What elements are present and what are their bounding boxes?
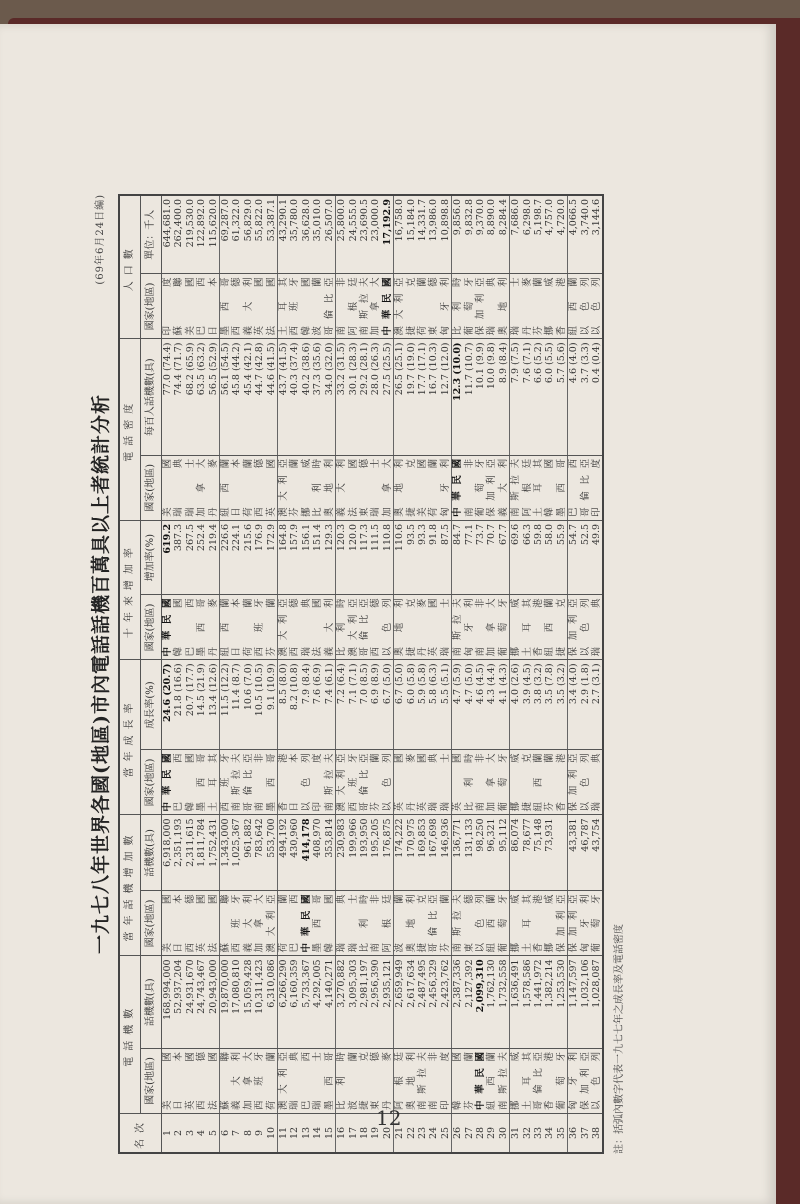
table-row: 31挪威1,636,491挪威86,074挪威4.0 (2.6)挪威69.6南斯… xyxy=(510,195,522,1153)
country-cell: 東德 xyxy=(370,1049,381,1114)
table-row: 17波蘭3,095,303瑞士199,966西班牙7.1 (7.1)澳大利亞12… xyxy=(348,195,359,1153)
value-cell: 26,507.0 xyxy=(324,195,336,274)
rank-cell: 30 xyxy=(498,1114,510,1154)
value-cell: 24,555.0 xyxy=(348,195,359,274)
country-cell: 英國 xyxy=(452,750,464,815)
country-cell: 捷克 xyxy=(406,595,417,660)
table-row: 38以色列1,028,087葡萄牙43,754瑞典2.7 (3.1)瑞典49.9… xyxy=(591,195,603,1153)
value-cell: 6,918,000 xyxy=(162,815,174,891)
value-cell: 1,762,130 xyxy=(486,956,497,1049)
country-cell: 中華民國 xyxy=(162,750,174,815)
country-cell: 日本 xyxy=(208,274,220,339)
country-cell: 香港 xyxy=(556,274,568,339)
value-cell: 3.5 (7.8) xyxy=(544,660,555,750)
country-cell: 巴西 xyxy=(289,891,300,956)
country-cell: 南非 xyxy=(370,891,381,956)
country-cell: 美國 xyxy=(185,274,196,339)
value-cell: 68.2 (65.9) xyxy=(185,339,196,455)
section-header: 當年話機增加數 xyxy=(119,815,141,956)
population-header: 單位：千人 xyxy=(141,195,162,274)
country-cell: 比利時 xyxy=(312,455,323,520)
value-cell: 10,898.8 xyxy=(440,195,452,274)
country-cell: 瑞士 xyxy=(440,595,452,660)
value-cell: 10.1 (9.9) xyxy=(475,339,486,455)
country-cell: 挪威 xyxy=(510,750,522,815)
value-cell: 10.5 (10.5) xyxy=(254,660,265,750)
value-cell: 17.7 (17.1) xyxy=(417,339,428,455)
country-cell: 芬蘭 xyxy=(464,1049,475,1114)
country-cell: 紐西蘭 xyxy=(220,455,232,520)
value-cell: 1,752,431 xyxy=(208,815,220,891)
country-cell: 蘇聯 xyxy=(220,1049,232,1114)
country-cell: 芬蘭 xyxy=(533,274,544,339)
value-cell: 6,266,290 xyxy=(278,956,290,1049)
value-cell: 74.4 (71.7) xyxy=(173,339,184,455)
value-cell: 2,311,615 xyxy=(185,815,196,891)
value-cell: 4,140,271 xyxy=(324,956,336,1049)
country-cell: 阿根廷 xyxy=(348,274,359,339)
country-cell: 波蘭 xyxy=(348,1049,359,1114)
value-cell: 4,720.0 xyxy=(556,195,568,274)
country-cell: 澳大利亞 xyxy=(266,891,278,956)
value-cell: 7.6 (6.9) xyxy=(312,660,323,750)
rank-cell: 16 xyxy=(336,1114,348,1154)
country-cell: 以色列 xyxy=(580,274,591,339)
value-cell: 2.7 (3.1) xyxy=(591,660,603,750)
value-cell: 4,066.5 xyxy=(568,195,580,274)
country-cell: 挪威 xyxy=(301,455,312,520)
value-cell xyxy=(556,815,568,891)
country-cell: 以色列 xyxy=(580,595,591,660)
country-header: 國家(地區) xyxy=(141,1049,162,1114)
section-header: 電話機數 xyxy=(119,956,141,1114)
country-cell: 哥倫比亞 xyxy=(533,1049,544,1114)
country-cell: 日本 xyxy=(231,455,242,520)
country-cell: 印度 xyxy=(162,274,174,339)
value-cell: 73.7 xyxy=(475,520,486,595)
country-cell: 西德 xyxy=(370,595,381,660)
value-cell: 46,787 xyxy=(580,815,591,891)
country-cell: 澳大利亞 xyxy=(394,274,406,339)
country-cell: 日本 xyxy=(173,891,184,956)
country-cell: 芬蘭 xyxy=(266,595,278,660)
value-cell: 14.5 (21.9) xyxy=(196,660,207,750)
country-cell: 西班牙 xyxy=(348,750,359,815)
country-cell: 西班牙 xyxy=(220,750,232,815)
value-cell: 61,322.0 xyxy=(231,195,242,274)
country-cell: 挪威 xyxy=(544,891,555,956)
country-cell: 波蘭 xyxy=(312,274,323,339)
country-cell: 西德 xyxy=(254,455,265,520)
value-cell: 224.1 xyxy=(231,520,242,595)
country-cell: 南斯拉夫 xyxy=(452,595,464,660)
value-cell: 25,800.0 xyxy=(336,195,348,274)
value-cell: 6,298.0 xyxy=(522,195,533,274)
country-cell: 墨西哥 xyxy=(266,750,278,815)
country-cell: 挪威 xyxy=(510,595,522,660)
table-row: 6蘇聯19,870,000蘇聯1,343,000西班牙11.5 (12.2)紐西… xyxy=(220,195,232,1153)
value-cell: 110.6 xyxy=(394,520,406,595)
country-cell: 南非 xyxy=(254,750,265,815)
country-cell: 芬蘭 xyxy=(370,750,381,815)
country-cell: 西德 xyxy=(185,891,196,956)
value-cell: 93.3 xyxy=(417,520,428,595)
value-cell: 9,370.0 xyxy=(475,195,486,274)
country-cell: 保加利亞 xyxy=(475,274,486,339)
country-cell: 東德 xyxy=(359,455,370,520)
rank-cell: 29 xyxy=(486,1114,497,1154)
country-cell: 以色列 xyxy=(475,891,486,956)
country-cell: 澳大利亞 xyxy=(348,595,359,660)
value-cell: 2,423,762 xyxy=(440,956,452,1049)
value-cell: 28.0 (26.3) xyxy=(370,339,381,455)
value-cell: 73,931 xyxy=(544,815,555,891)
country-cell: 西德 xyxy=(231,274,242,339)
value-cell: 4,757.0 xyxy=(544,195,555,274)
country-cell: 中華民國 xyxy=(162,595,174,660)
value-cell: 21.8 (16.6) xyxy=(173,660,184,750)
value-cell: 23,690.5 xyxy=(359,195,370,274)
country-cell: 土耳其 xyxy=(522,595,533,660)
value-cell: 56.5 (52.9) xyxy=(208,339,220,455)
value-cell: 783,642 xyxy=(254,815,265,891)
country-cell: 英國 xyxy=(266,455,278,520)
table-row: 32土耳其1,578,586土耳其78,677捷克3.9 (4.5)土耳其66.… xyxy=(522,195,533,1153)
country-cell: 瑞士 xyxy=(312,1049,323,1114)
value-cell: 7.6 (7.1) xyxy=(522,339,533,455)
country-cell: 印度 xyxy=(440,1049,452,1114)
table-row: 14瑞士4,292,005墨西哥408,970印度7.6 (6.9)法國151.… xyxy=(312,195,323,1153)
value-cell: 9,832.8 xyxy=(464,195,475,274)
value-cell: 6.7 (5.0) xyxy=(394,660,406,750)
value-cell: 2,981,197 xyxy=(359,956,370,1049)
country-cell: 捷克 xyxy=(556,595,568,660)
country-cell: 加拿大 xyxy=(196,455,207,520)
value-cell: 6,160,359 xyxy=(289,956,300,1049)
value-cell: 120.3 xyxy=(336,520,348,595)
value-cell: 494,192 xyxy=(278,815,290,891)
value-cell: 193,950 xyxy=(359,815,370,891)
value-cell: 387.3 xyxy=(173,520,184,595)
country-cell: 中華民國 xyxy=(475,1049,486,1114)
increase-header: 話機數(具) xyxy=(141,815,162,891)
country-cell: 奧地利 xyxy=(498,274,510,339)
value-cell: 11.5 (12.2) xyxy=(220,660,232,750)
value-cell: 267.5 xyxy=(185,520,196,595)
value-cell: 174,222 xyxy=(394,815,406,891)
country-cell: 西德 xyxy=(289,595,300,660)
statistics-table: 名次 電話機數 當年話機增加數 當年成長率 十年來增加率 電話密度 人口數 國家… xyxy=(118,194,604,1154)
country-cell: 美國 xyxy=(417,455,428,520)
value-cell: 55,822.0 xyxy=(254,195,265,274)
country-cell: 西德 xyxy=(196,1049,207,1114)
rank-cell: 36 xyxy=(568,1114,580,1154)
value-cell: 12.3 (10.0) xyxy=(452,339,464,455)
table-row: 12瑞典6,160,359巴西430,960日本8.2 (10.8)西德157.… xyxy=(289,195,300,1153)
value-cell: 24.6 (20.7) xyxy=(162,660,174,750)
table-row: 1美國168,994,000美國6,918,000中華民國24.6 (20.7)… xyxy=(162,195,174,1153)
value-cell: 8.9 (8.4) xyxy=(498,339,510,455)
country-cell: 中華民國 xyxy=(301,891,312,956)
value-cell: 59.8 xyxy=(533,520,544,595)
value-cell: 7.2 (6.4) xyxy=(336,660,348,750)
value-cell: 8,284.4 xyxy=(498,195,510,274)
value-cell: 176,875 xyxy=(382,815,394,891)
value-cell: 6.9 (8.9) xyxy=(370,660,381,750)
value-cell: 157.9 xyxy=(289,520,300,595)
table-row: 9西班牙10,311,423加拿大783,642南非10.5 (10.5)西班牙… xyxy=(254,195,265,1153)
rank-cell: 3 xyxy=(185,1114,196,1154)
country-cell: 美國 xyxy=(162,1049,174,1114)
country-cell: 瑞典 xyxy=(486,274,497,339)
value-cell: 2,487,495 xyxy=(417,956,428,1049)
country-cell: 南非 xyxy=(428,1049,439,1114)
rank-header: 名次 xyxy=(119,1114,162,1154)
value-cell: 20.7 (17.7) xyxy=(185,660,196,750)
country-cell: 哥倫比亞 xyxy=(243,750,254,815)
country-cell: 澳大利亞 xyxy=(336,750,348,815)
table-row: 35葡萄牙1,253,530保加利亞香港3.5 (3.2)捷克55.9墨西哥5.… xyxy=(556,195,568,1153)
rank-cell: 11 xyxy=(278,1114,290,1154)
value-cell: 44.7 (42.8) xyxy=(254,339,265,455)
value-cell: 52.5 xyxy=(580,520,591,595)
country-cell: 比利時 xyxy=(336,595,348,660)
rank-cell: 26 xyxy=(452,1114,464,1154)
rank-cell: 25 xyxy=(440,1114,452,1154)
country-cell: 英國 xyxy=(254,274,265,339)
country-cell: 匈牙利 xyxy=(464,595,475,660)
country-cell: 丹麥 xyxy=(406,750,417,815)
country-cell: 荷蘭 xyxy=(278,891,290,956)
value-cell: 110.8 xyxy=(382,520,394,595)
country-cell: 加拿大 xyxy=(370,274,381,339)
country-cell: 法國 xyxy=(312,595,323,660)
value-cell: 5.5 (5.1) xyxy=(440,660,452,750)
value-cell: 67.7 xyxy=(498,520,510,595)
value-cell: 120.0 xyxy=(348,520,359,595)
value-cell: 1,253,530 xyxy=(556,956,568,1049)
country-cell: 澳大利亞 xyxy=(278,455,290,520)
value-cell: 7.0 (8.5) xyxy=(359,660,370,750)
rank-cell: 27 xyxy=(464,1114,475,1154)
rank-cell: 23 xyxy=(417,1114,428,1154)
value-cell: 96,321 xyxy=(486,815,497,891)
country-cell: 加拿大 xyxy=(243,1049,254,1114)
table-row: 36匈牙利1,147,597保加利亞43,381保加利亞3.4 (4.0)保加利… xyxy=(568,195,580,1153)
country-cell: 韓國 xyxy=(544,455,555,520)
value-cell: 146,936 xyxy=(440,815,452,891)
table-row: 5法國20,943,000法國1,752,431土耳其13.4 (12.6)丹麥… xyxy=(208,195,220,1153)
rank-cell: 38 xyxy=(591,1114,603,1154)
value-cell: 6.6 (5.2) xyxy=(533,339,544,455)
country-cell: 葡萄牙 xyxy=(591,891,603,956)
table-row: 26韓國2,387,336南斯拉夫136,771英國4.7 (5.9)南斯拉夫8… xyxy=(452,195,464,1153)
value-cell: 619.2 xyxy=(162,520,174,595)
country-cell: 紐西蘭 xyxy=(533,750,544,815)
value-cell: 9,856.0 xyxy=(452,195,464,274)
value-cell: 36,628.0 xyxy=(301,195,312,274)
value-cell: 1,382,214 xyxy=(544,956,555,1049)
table-row: 10荷蘭6,310,086澳大利亞553,700墨西哥9.1 (10.9)芬蘭1… xyxy=(266,195,278,1153)
value-cell: 172.9 xyxy=(266,520,278,595)
value-cell: 35,780.0 xyxy=(289,195,300,274)
value-cell: 13.4 (12.6) xyxy=(208,660,220,750)
value-cell: 2,935,121 xyxy=(382,956,394,1049)
country-cell: 紐西蘭 xyxy=(486,1049,497,1114)
table-row: 29紐西蘭1,762,130紐西蘭96,321加拿大4.3 (4.4)加拿大70… xyxy=(486,195,497,1153)
country-cell: 西班牙 xyxy=(254,1049,265,1114)
value-cell: 9.1 (10.9) xyxy=(266,660,278,750)
section-header: 當年成長率 xyxy=(119,660,141,815)
country-cell: 土耳其 xyxy=(522,1049,533,1114)
value-cell: 199,966 xyxy=(348,815,359,891)
value-cell: 7,686.0 xyxy=(510,195,522,274)
country-cell: 義大利 xyxy=(243,274,254,339)
value-cell: 176.9 xyxy=(254,520,265,595)
table-row: 13巴西5,733,367中華民國414,178以色列7.9 (8.4)瑞典15… xyxy=(301,195,312,1153)
value-cell: 3.7 (3.3) xyxy=(580,339,591,455)
country-cell: 西班牙 xyxy=(254,595,265,660)
value-cell: 56,829.0 xyxy=(243,195,254,274)
country-cell: 巴西 xyxy=(568,455,580,520)
value-cell: 1,441,972 xyxy=(533,956,544,1049)
country-cell: 韓國 xyxy=(452,1049,464,1114)
country-cell: 香港 xyxy=(556,750,568,815)
country-cell: 匈牙利 xyxy=(580,891,591,956)
value-cell: 43,290.1 xyxy=(278,195,290,274)
value-cell: 56.1 (54.5) xyxy=(220,339,232,455)
rank-cell: 18 xyxy=(359,1114,370,1154)
value-cell: 17,192.9 xyxy=(382,195,394,274)
country-cell: 捷克 xyxy=(406,455,417,520)
rank-cell: 32 xyxy=(522,1114,533,1154)
country-cell: 比利時 xyxy=(336,1049,348,1114)
value-cell: 7.1 (7.1) xyxy=(348,660,359,750)
rank-cell: 12 xyxy=(289,1114,300,1154)
country-cell: 以色列 xyxy=(382,750,394,815)
table-row: 7義大利17,080,810西班牙1,025,367南斯拉夫11.4 (8.7)… xyxy=(231,195,242,1153)
table-row: 23南斯拉夫2,487,495捷克169,853英國5.9 (5.8)丹麥93.… xyxy=(417,195,428,1153)
section-header: 人口數 xyxy=(119,195,141,339)
value-cell: 3,740.0 xyxy=(580,195,591,274)
country-cell: 比利時 xyxy=(359,891,370,956)
value-cell: 1,343,000 xyxy=(220,815,232,891)
value-cell: 44.6 (41.5) xyxy=(266,339,278,455)
country-cell: 葡萄牙 xyxy=(498,891,510,956)
country-cell: 瑞士 xyxy=(440,750,452,815)
table-row: 15墨西哥4,140,271韓國353,814南斯拉夫7.4 (6.1)義大利1… xyxy=(324,195,336,1153)
rank-cell: 37 xyxy=(580,1114,591,1154)
value-cell: 27.5 (25.5) xyxy=(382,339,394,455)
country-cell: 丹麥 xyxy=(208,455,220,520)
value-cell: 4.6 (4.0) xyxy=(568,339,580,455)
value-cell: 45.8 (44.2) xyxy=(231,339,242,455)
value-cell: 16.7 (10.3) xyxy=(428,339,439,455)
value-cell: 86,074 xyxy=(510,815,522,891)
country-cell: 哥倫比亞 xyxy=(428,891,439,956)
value-cell: 15,059,428 xyxy=(243,956,254,1049)
value-cell: 117.3 xyxy=(359,520,370,595)
country-cell: 保加利亞 xyxy=(568,891,580,956)
value-cell: 6,310,086 xyxy=(266,956,278,1049)
table-row: 24南非2,456,329哥倫比亞167,698瑞典5.8 (6.3)英國91.… xyxy=(428,195,439,1153)
value-cell: 2,617,634 xyxy=(406,956,417,1049)
value-cell: 1,578,586 xyxy=(522,956,533,1049)
value-cell: 219,530.0 xyxy=(185,195,196,274)
value-cell: 6.0 (5.8) xyxy=(406,660,417,750)
page-title: 一九七八年世界各國(地區)市內電話話機百萬具以上者統計分析 (69年6月24日編… xyxy=(84,194,118,1154)
country-cell: 英國 xyxy=(417,750,428,815)
value-cell: 54.7 xyxy=(568,520,580,595)
value-cell: 553,700 xyxy=(266,815,278,891)
country-cell: 瑞典 xyxy=(591,595,603,660)
country-cell: 法國 xyxy=(208,1049,220,1114)
country-cell: 丹麥 xyxy=(417,595,428,660)
country-cell: 丹麥 xyxy=(522,274,533,339)
country-cell: 瑞士 xyxy=(510,274,522,339)
country-cell: 法國 xyxy=(208,891,220,956)
value-cell: 37.3 (35.6) xyxy=(312,339,323,455)
country-cell: 奧地利 xyxy=(406,1049,417,1114)
country-cell: 瑞典 xyxy=(301,595,312,660)
country-cell: 瑞士 xyxy=(185,455,196,520)
table-row: 37保加利亞1,032,106匈牙利46,787以色列2.9 (1.8)以色列5… xyxy=(580,195,591,1153)
value-cell: 53,387.1 xyxy=(266,195,278,274)
country-cell: 韓國 xyxy=(324,891,336,956)
value-cell: 414,178 xyxy=(301,815,312,891)
value-cell: 226.6 xyxy=(220,520,232,595)
value-cell: 3.5 (3.2) xyxy=(556,660,568,750)
country-cell: 荷蘭 xyxy=(243,455,254,520)
country-cell: 挪威 xyxy=(544,274,555,339)
country-cell: 以色列 xyxy=(591,274,603,339)
rotated-content: 一九七八年世界各國(地區)市內電話話機百萬具以上者統計分析 (69年6月24日編… xyxy=(80,194,730,1154)
country-cell: 英國 xyxy=(428,595,439,660)
rank-cell: 5 xyxy=(208,1114,220,1154)
value-cell: 98,250 xyxy=(475,815,486,891)
compiled-date: (69年6月24日編) xyxy=(84,194,118,285)
country-cell: 比利時 xyxy=(452,274,464,339)
country-cell: 保加利亞 xyxy=(556,891,568,956)
value-cell: 2,387,336 xyxy=(452,956,464,1049)
value-cell: 7.4 (6.1) xyxy=(324,660,336,750)
density-header: 每百人話機數(具) xyxy=(141,339,162,455)
country-cell: 瑞典 xyxy=(428,750,439,815)
country-cell: 香港 xyxy=(278,750,290,815)
value-cell: 35,010.0 xyxy=(312,195,323,274)
country-cell: 澳大利亞 xyxy=(278,1049,290,1114)
country-cell: 瑞典 xyxy=(289,1049,300,1114)
country-cell: 土耳其 xyxy=(522,891,533,956)
value-cell: 111.5 xyxy=(370,520,381,595)
value-cell: 1,147,597 xyxy=(568,956,580,1049)
rank-cell: 34 xyxy=(544,1114,555,1154)
value-cell: 33.2 (31.5) xyxy=(336,339,348,455)
value-cell: 6.0 (5.5) xyxy=(544,339,555,455)
table-row: 3英國24,931,670西德2,311,615韓國20.7 (17.7)巴西2… xyxy=(185,195,196,1153)
value-cell: 52,937,204 xyxy=(173,956,184,1049)
value-cell: 156.1 xyxy=(301,520,312,595)
country-cell: 韓國 xyxy=(301,274,312,339)
value-cell: 11.7 (10.7) xyxy=(464,339,475,455)
value-cell: 1,732,558 xyxy=(498,956,510,1049)
country-cell: 捷克 xyxy=(522,750,533,815)
country-cell: 墨西哥 xyxy=(196,595,207,660)
country-cell: 義大利 xyxy=(336,455,348,520)
value-cell: 4.0 (2.6) xyxy=(510,660,522,750)
country-cell: 義大利 xyxy=(243,891,254,956)
value-cell: 40.3 (37.4) xyxy=(289,339,300,455)
